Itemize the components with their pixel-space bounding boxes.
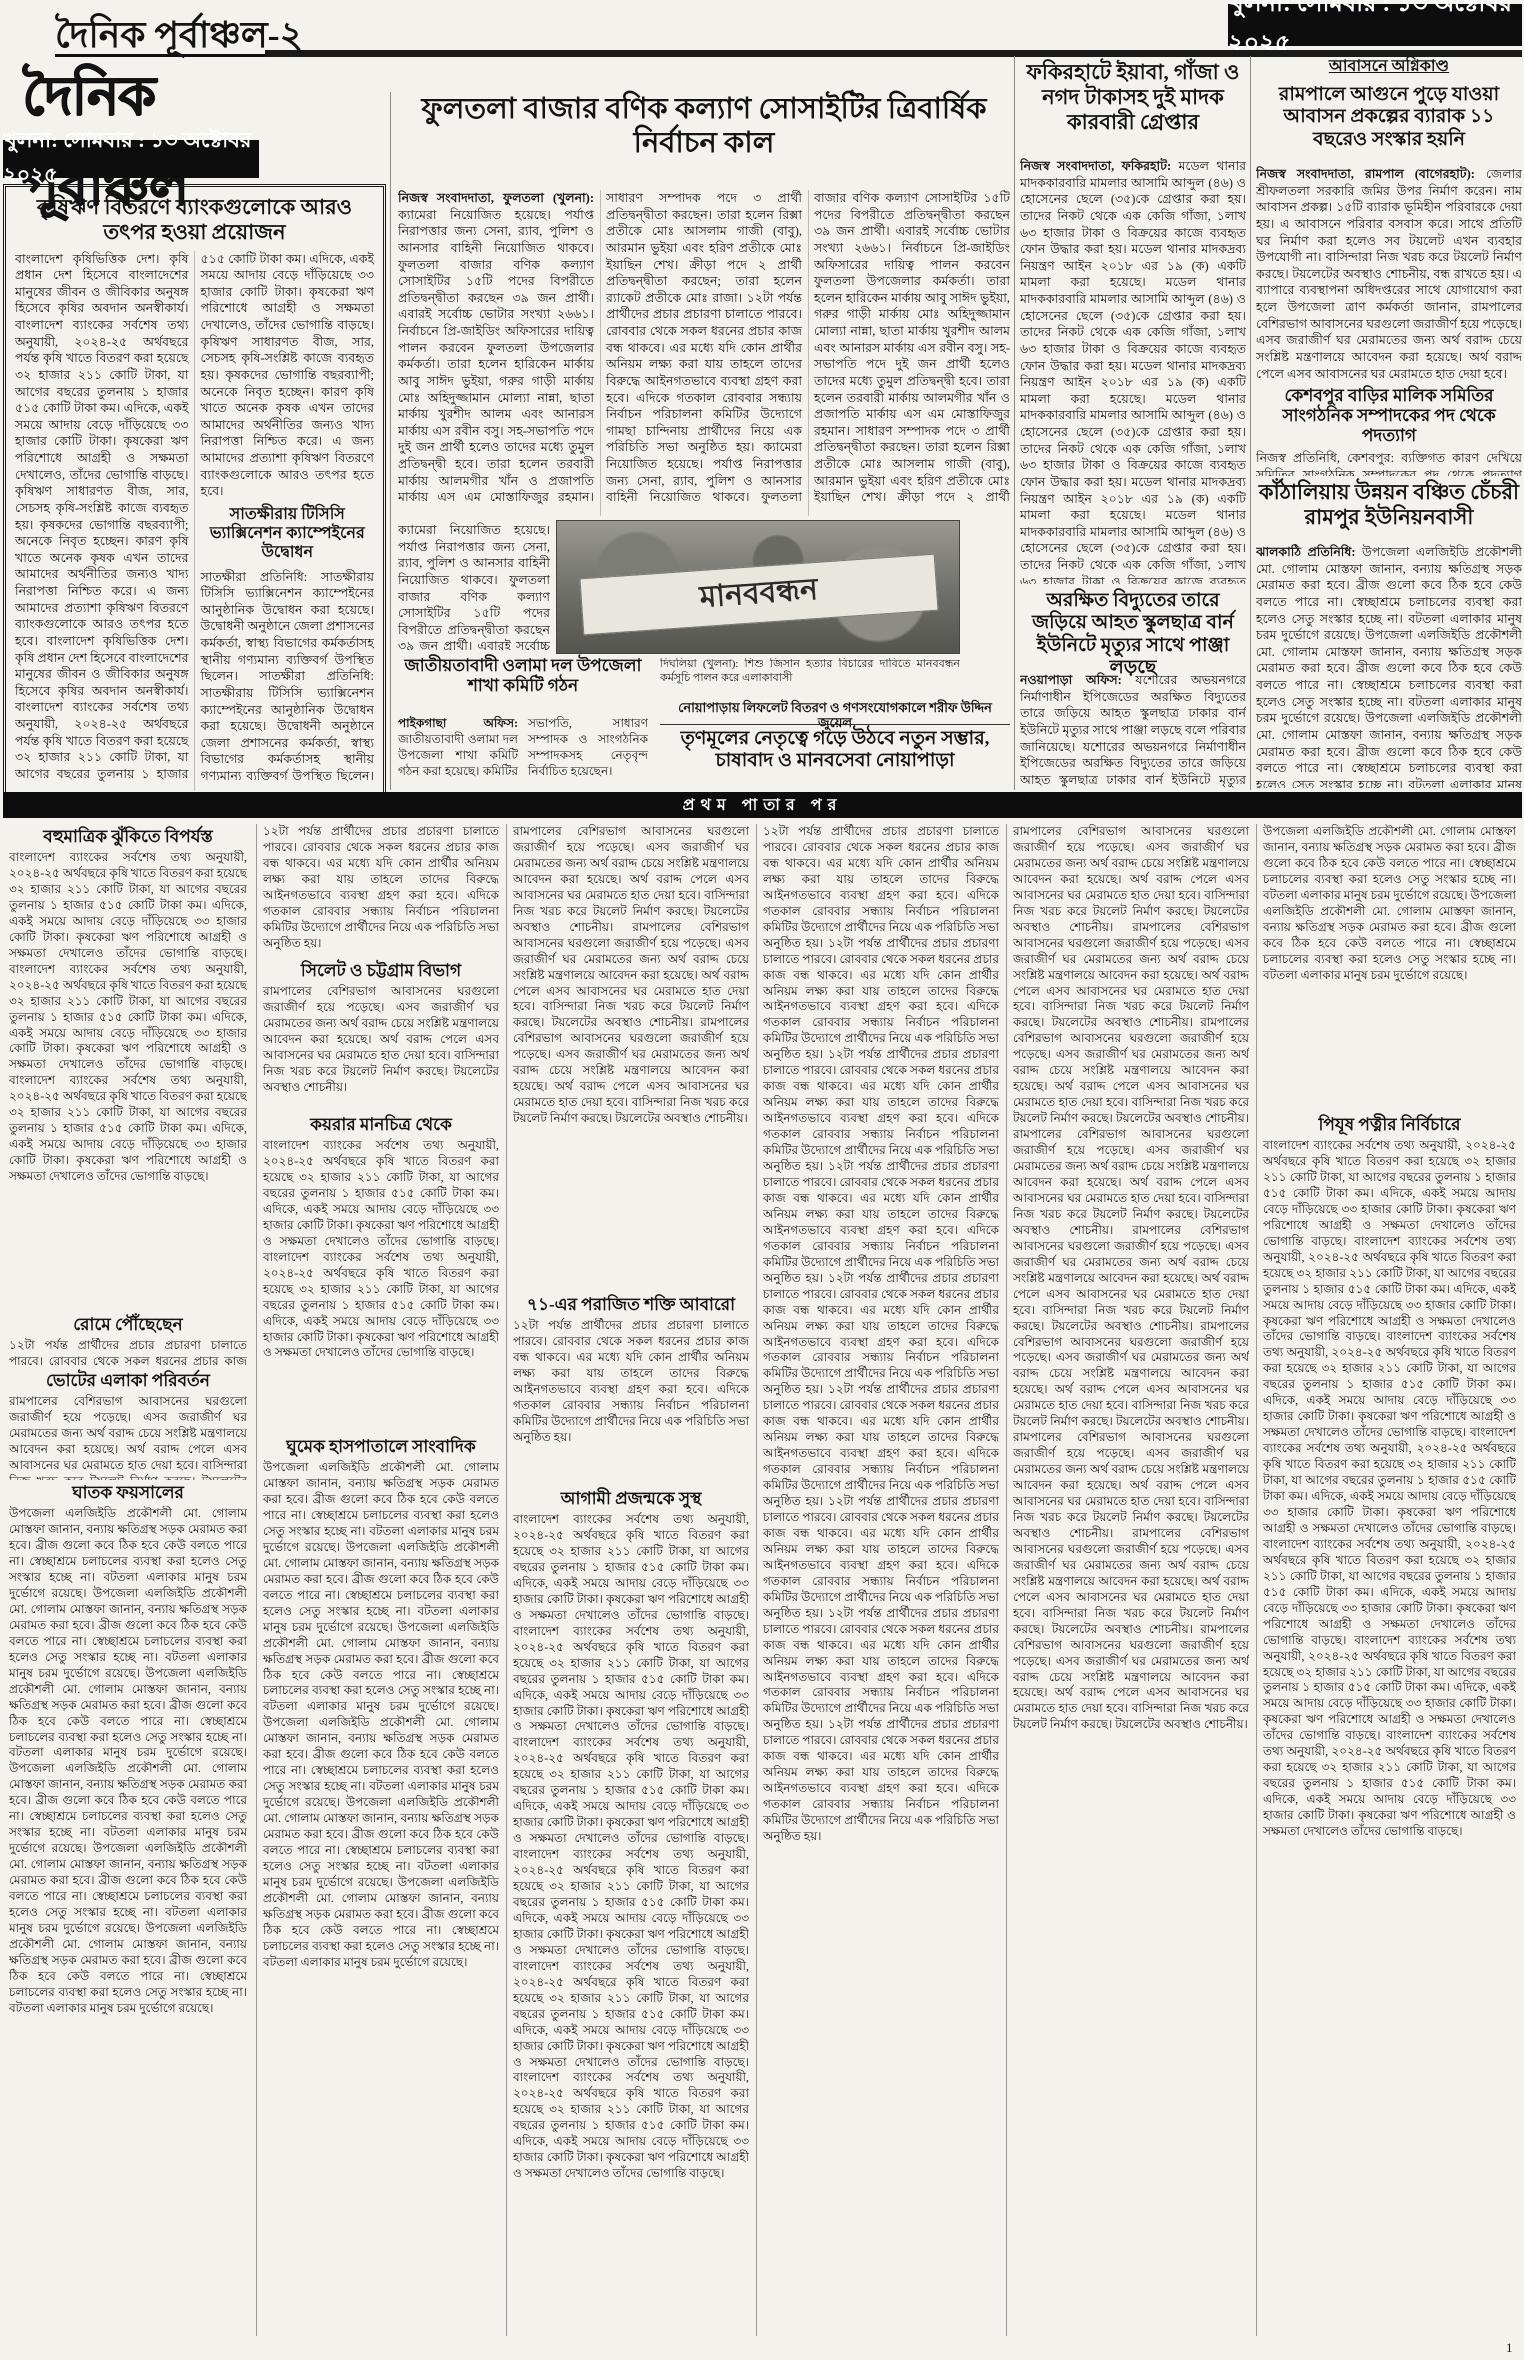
masthead-logo: দৈনিক পূর্বাঞ্চল (22, 54, 322, 134)
column-rule (1014, 56, 1015, 790)
editorial-box: কৃষিঋণ বিতরণে ব্যাংকগুলোকে আরও তৎপর হওয়… (3, 184, 386, 806)
jump-head: বহুমাত্রিক ঝুঁকিতে বিপর্যস্ত (9, 827, 247, 847)
jump-text: উপজেলা এলজিইডি প্রকৌশলী মো. গোলাম মোস্তফ… (9, 1506, 247, 2336)
continuation-band: প্রথম পাতার পর (3, 792, 1522, 818)
fultola-body-continued: ক্যামেরা নিয়োজিত হয়েছে। পর্যাপ্ত নিরাপ… (398, 522, 550, 650)
jump-text: রামপালের বেশিরভাগ আবাসনের ঘরগুলো জরাজীর্… (9, 1394, 247, 1480)
kathalia-byline: ঝালকাঠি প্রতিনিধি: (1256, 545, 1356, 559)
trinomul-kicker: নোয়াপাড়ায় লিফলেট বিতরণ ও গণসংযোগকালে … (660, 700, 1010, 725)
olamadol-byline: পাইকগাছা অফিস: (398, 716, 518, 730)
jump-text: বাংলাদেশ ব্যাংকের সর্বশেষ তথ্য অনুযায়ী,… (1263, 1138, 1516, 2336)
kathalia-body: উপজেলা এলজিইডি প্রকৌশলী মো. গোলাম মোস্তফ… (1256, 545, 1522, 788)
column-rule (390, 92, 391, 790)
jump-head: কয়রার মানচিত্র থেকে (263, 1115, 499, 1135)
rampal-headline: রামপালে আগুনে পুড়ে যাওয়া আবাসন প্রকল্প… (1256, 84, 1522, 162)
fultola-headline: ফুলতলা বাজার বণিক কল্যাণ সোসাইটির ত্রিবা… (398, 92, 1010, 184)
keshobpur-headline: কেশবপুর বাড়ির মালিক সমিতির সাংগঠনিক সম্… (1256, 386, 1522, 448)
jump-text: রামপালের বেশিরভাগ আবাসনের ঘরগুলো জরাজীর্… (513, 824, 749, 1292)
continuation-column-5: রামপালের বেশিরভাগ আবাসনের ঘরগুলো জরাজীর্… (1006, 824, 1255, 2336)
dateline-bar: খুলনা: সোমবার : ১৩ অক্টোবর ২০২৫ (3, 140, 259, 178)
folio-date-bar: খুলনা: সোমবার : ১৩ অক্টোবর ২০২৫ (1228, 4, 1522, 46)
jump-head: রোমে পৌঁছেছেন (9, 1315, 247, 1335)
fakirhat-body: মডেল থানার মাদককারবারি মামলার আসামি আব্দ… (1020, 159, 1246, 584)
page-number: 1 (1506, 2340, 1513, 2356)
trinomul-headline: তৃণমূলের নেতৃত্বে গড়ে উঠবে নতুন সম্ভার,… (660, 728, 1010, 788)
editorial-headline: কৃষিঋণ বিতরণে ব্যাংকগুলোকে আরও তৎপর হওয়… (15, 195, 374, 245)
jump-text: উপজেলা এলজিইডি প্রকৌশলী মো. গোলাম মোস্তফ… (1263, 824, 1516, 1112)
electric-body: যশোরের অভয়নগরে নির্মাণাধীন ইপিজেডের অরক… (1020, 673, 1246, 788)
jump-text: উপজেলা এলজিইডি প্রকৌশলী মো. গোলাম মোস্তফ… (263, 1460, 499, 2336)
jump-head: ঘাতক ফয়সালের (9, 1483, 247, 1503)
fakirhat-headline: ফকিরহাটে ইয়াবা, গাঁজা ও নগদ টাকাসহ দুই … (1020, 60, 1246, 154)
continuation-column-4: ১২টা পর্যন্ত প্রার্থীদের প্রচার প্রচারণা… (756, 824, 1005, 2336)
continuation-column-3: রামপালের বেশিরভাগ আবাসনের ঘরগুলো জরাজীর্… (506, 824, 755, 2336)
jump-text: বাংলাদেশ ব্যাংকের সর্বশেষ তথ্য অনুযায়ী,… (263, 1138, 499, 1434)
fultola-byline: নিজস্ব সংবাদদাতা, ফুলতলা (খুলনা): (398, 191, 594, 205)
continuation-column-1: বহুমাত্রিক ঝুঁকিতে বিপর্যস্ত বাংলাদেশ ব্… (3, 824, 253, 2336)
jump-head: পিযূষ পত্নীর নির্বিচারে (1263, 1115, 1516, 1135)
electric-byline: নওয়াপাড়া অফিস: (1020, 673, 1122, 687)
jump-text: ১২টা পর্যন্ত প্রার্থীদের প্রচার প্রচারণা… (763, 824, 999, 2336)
olamadol-headline: জাতীয়তাবাদী ওলামা দল উপজেলা শাখা কমিটি … (398, 656, 648, 714)
fultola-body: ক্যামেরা নিয়োজিত হয়েছে। পর্যাপ্ত নিরাপ… (398, 191, 1010, 504)
photo-caption: দিঘলিয়া (খুলনা): শিশু জিসান হত্যার বিচা… (660, 658, 960, 694)
editorial-subhead: সাতক্ষীরায় টিসিসি ভ্যাক্সিনেশন ক্যাম্পে… (201, 506, 375, 563)
jump-text: ১২টা পর্যন্ত প্রার্থীদের প্রচার প্রচারণা… (263, 824, 499, 958)
jump-text: রামপালের বেশিরভাগ আবাসনের ঘরগুলো জরাজীর্… (1013, 824, 1249, 2336)
jump-head: আগামী প্রজন্মকে সুস্থ (513, 1489, 749, 1509)
jump-text: বাংলাদেশ ব্যাংকের সর্বশেষ তথ্য অনুযায়ী,… (513, 1512, 749, 2336)
fakirhat-byline: নিজস্ব সংবাদদাতা, ফকিরহাট: (1020, 159, 1171, 173)
jump-head: সিলেট ও চট্টগ্রাম বিভাগ (263, 961, 499, 981)
continuation-column-6: উপজেলা এলজিইডি প্রকৌশলী মো. গোলাম মোস্তফ… (1256, 824, 1522, 2336)
rampal-body: জেলার শ্রীফলতলা সরকারি জমির উপর নির্মাণ … (1256, 167, 1522, 381)
manobbondhon-photo: মানববন্ধন (556, 520, 960, 654)
jump-text: ১২টা পর্যন্ত প্রার্থীদের প্রচার প্রচারণা… (9, 1338, 247, 1368)
jump-text: রামপালের বেশিরভাগ আবাসনের ঘরগুলো জরাজীর্… (263, 984, 499, 1112)
newspaper-page: দৈনিক পূর্বাঞ্চল-২ খুলনা: সোমবার : ১৩ অক… (0, 0, 1524, 2360)
jump-head: ৭১-এর পরাজিত শক্তি আবারো (513, 1295, 749, 1315)
rampal-kicker: আবাসনে অগ্নিকাণ্ড (1256, 58, 1522, 82)
masthead-rule (265, 50, 1522, 57)
photo-banner-text: মানববন্ধন (580, 554, 939, 636)
rampal-byline: নিজস্ব সংবাদদাতা, রামপাল (বাগেরহাট): (1256, 167, 1475, 181)
jump-head: ভোটের এলাকা পরিবর্তন (9, 1371, 247, 1391)
electric-headline: অরক্ষিত বিদ্যুতের তারে জড়িয়ে আহত স্কুল… (1020, 590, 1246, 668)
continuation-column-2: ১২টা পর্যন্ত প্রার্থীদের প্রচার প্রচারণা… (256, 824, 505, 2336)
keshobpur-body: নিজস্ব প্রতিনিধি, কেশবপুর: ব্যক্তিগত কার… (1256, 450, 1522, 476)
jump-text: ১২টা পর্যন্ত প্রার্থীদের প্রচার প্রচারণা… (513, 1318, 749, 1486)
jump-text: বাংলাদেশ ব্যাংকের সর্বশেষ তথ্য অনুযায়ী,… (9, 850, 247, 1312)
column-rule (1250, 56, 1251, 790)
jump-head: ঘুমেক হাসপাতালে সাংবাদিক (263, 1437, 499, 1457)
kathalia-headline: কাঁঠালিয়ায় উন্নয়ন বঞ্চিত চেঁচরী রামপু… (1256, 480, 1522, 540)
